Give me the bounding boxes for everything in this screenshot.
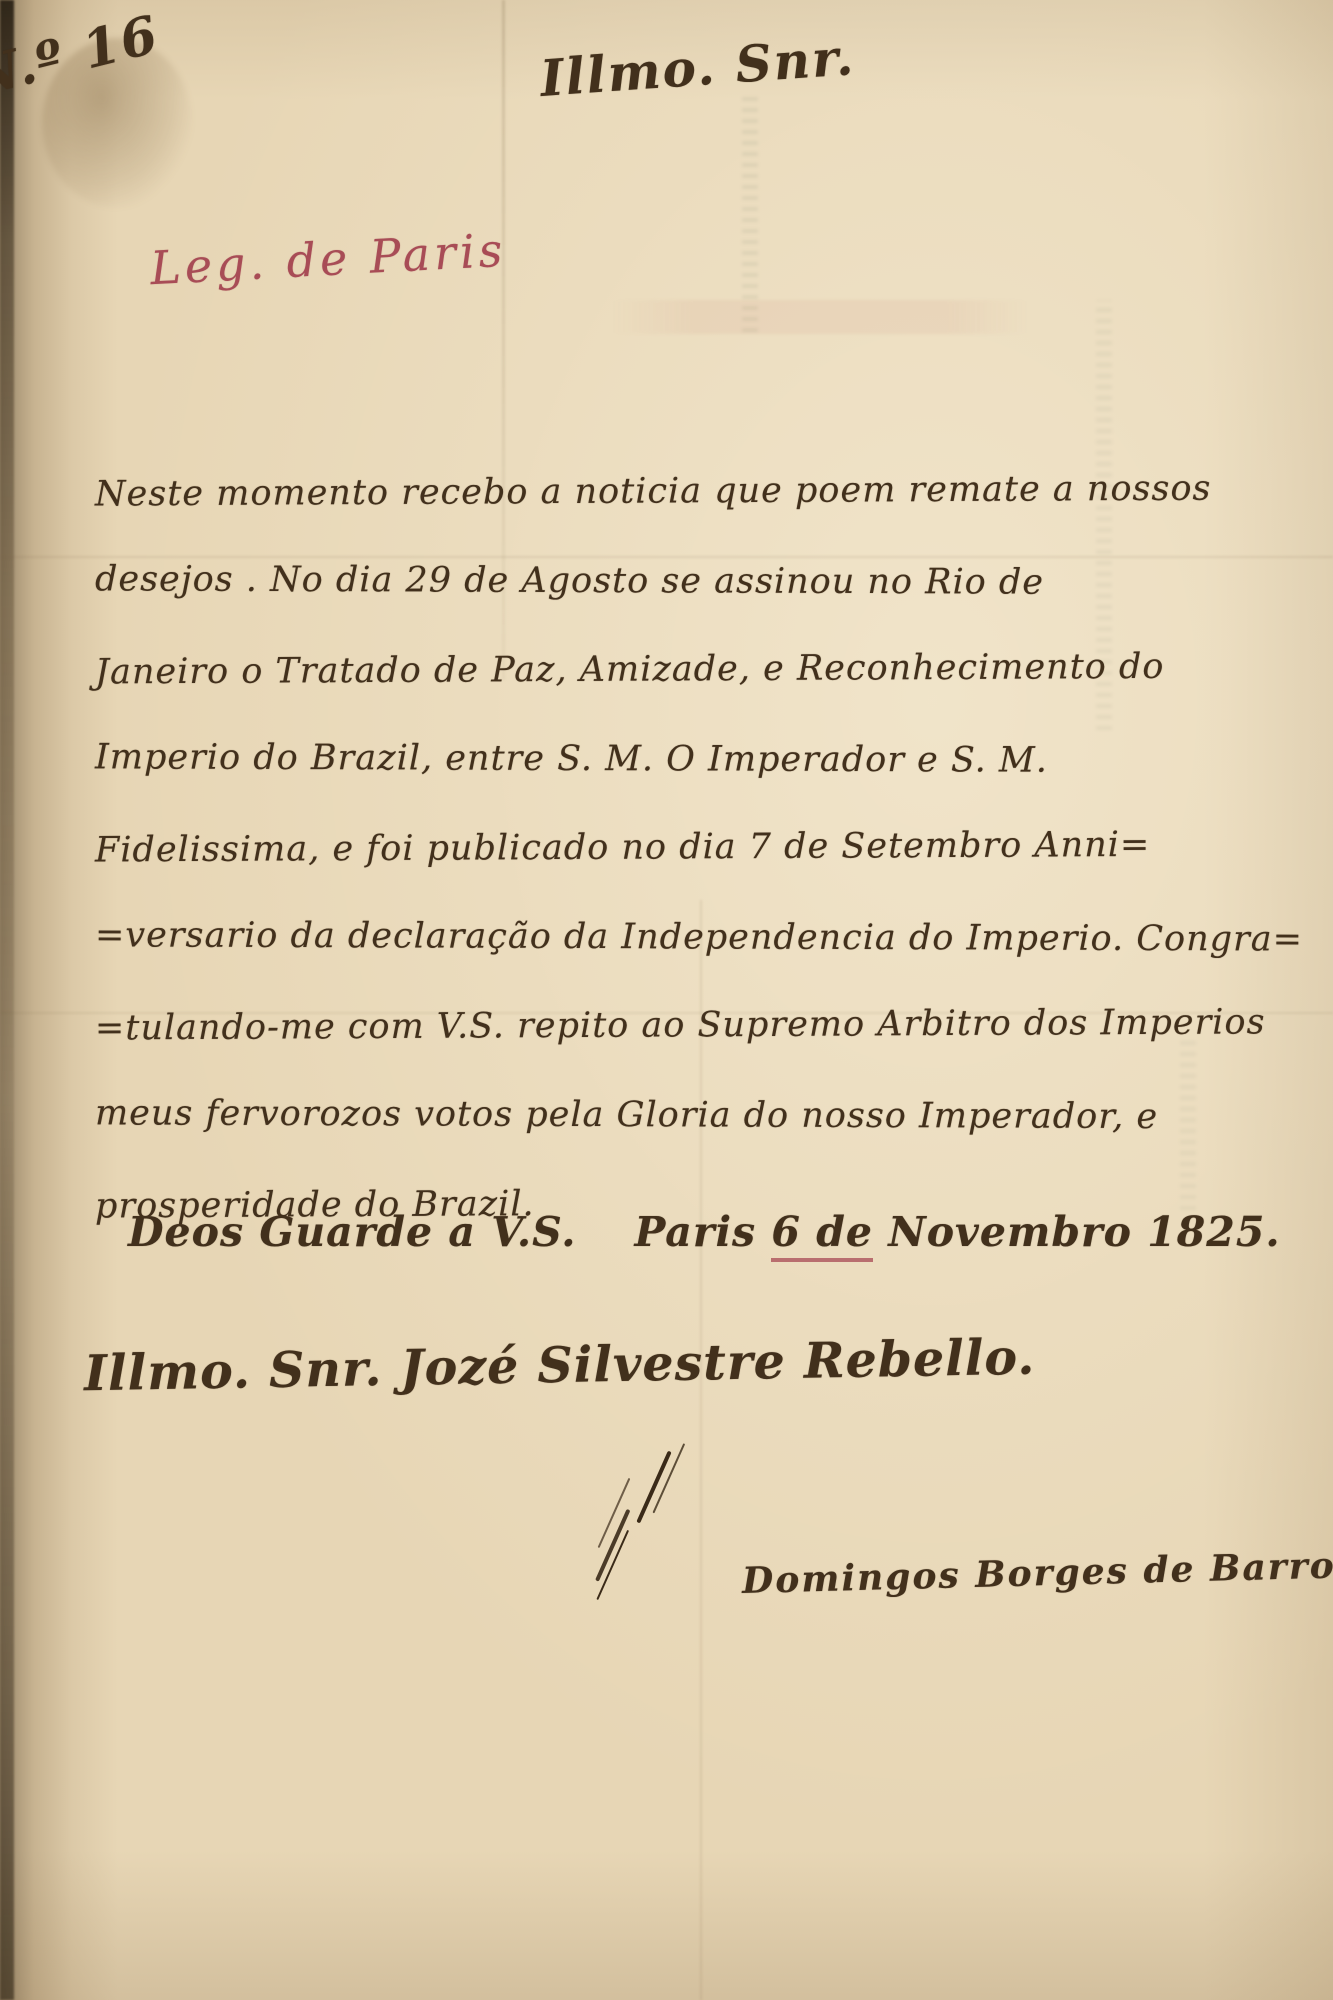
manuscript-page: N.º 16 Illmo. Snr. Leg. de Paris Neste m…	[0, 0, 1333, 2000]
signature: Domingos Borges de Barros	[742, 1544, 1333, 1602]
salutation: Illmo. Snr.	[538, 27, 857, 108]
verso-show-through	[1180, 1040, 1196, 1210]
closing-line: Deos Guarde a V.S.Paris 6 de Novembro 18…	[128, 1208, 1281, 1256]
body-line: =versario da declaração da Independencia…	[95, 891, 1045, 983]
verso-show-through	[610, 300, 1030, 334]
page-left-edge-shadow	[0, 0, 14, 2000]
red-annotation-legation: Leg. de Paris	[149, 223, 508, 296]
body-line: desejos . No dia 29 de Agosto se assinou…	[95, 535, 1045, 627]
body-line: =tulando-me com V.S. repito ao Supremo A…	[95, 980, 1045, 1074]
closing-date-rest: Novembro 1825.	[888, 1208, 1280, 1256]
verso-show-through	[742, 92, 758, 332]
closing-place: Paris	[635, 1208, 757, 1256]
body-line: Neste momento recebo a noticia que poem …	[95, 446, 1045, 540]
closing-date-day: 6 de	[771, 1208, 873, 1262]
body-line: meus fervorozos votos pela Gloria do nos…	[95, 1069, 1045, 1161]
closing-valediction: Deos Guarde a V.S.	[128, 1208, 577, 1256]
ink-splatter	[636, 1451, 671, 1524]
body-line: Imperio do Brazil, entre S. M. O Imperad…	[95, 713, 1045, 805]
letter-body: Neste momento recebo a noticia que poem …	[95, 448, 1045, 1249]
body-line: Fidelissima, e foi publicado no dia 7 de…	[95, 802, 1045, 896]
body-line: Janeiro o Tratado de Paz, Amizade, e Rec…	[95, 624, 1045, 718]
addressee-line: Illmo. Snr. Jozé Silvestre Rebello.	[84, 1328, 1036, 1403]
